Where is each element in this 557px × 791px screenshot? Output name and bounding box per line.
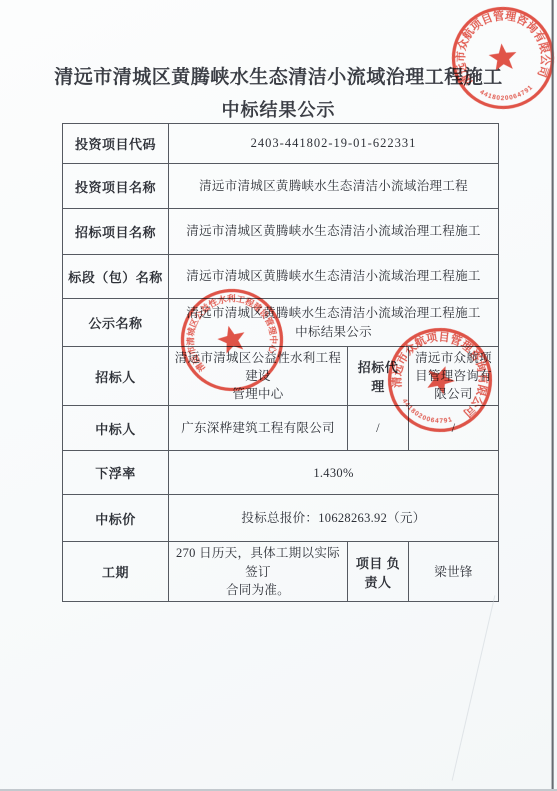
row-value-project-manager: 梁世锋 bbox=[409, 542, 499, 601]
row-label-project-code: 投资项目代码 bbox=[63, 124, 169, 164]
seal-star-icon bbox=[422, 361, 458, 397]
scanned-document-page: 清远市清城区黄腾峡水生态清洁小流域治理工程施工 中标结果公示 投资项目代码 24… bbox=[0, 0, 557, 791]
table-row: 中标价 投标总报价：10628263.92（元） bbox=[63, 495, 499, 542]
row-value-tender-project-name: 清远市清城区黄腾峡水生态清洁小流域治理工程施工 bbox=[169, 209, 499, 255]
table-row: 投资项目名称 清远市清城区黄腾峡水生态清洁小流域治理工程 bbox=[63, 164, 499, 209]
table-row: 招标项目名称 清远市清城区黄腾峡水生态清洁小流域治理工程施工 bbox=[63, 209, 499, 255]
row-label-section-name: 标段（包）名称 bbox=[63, 255, 169, 299]
row-value-winning-price: 投标总报价：10628263.92（元） bbox=[169, 495, 499, 542]
seal-star-icon bbox=[215, 322, 248, 354]
row-label-duration: 工期 bbox=[63, 542, 169, 601]
row-label-tender-project-name: 招标项目名称 bbox=[63, 209, 169, 255]
scan-artifact bbox=[452, 595, 496, 780]
scan-edge-right bbox=[551, 0, 554, 791]
row-label-tenderer: 招标人 bbox=[63, 347, 169, 406]
table-row: 投资项目代码 2403-441802-19-01-622331 bbox=[63, 124, 499, 164]
company-seal-top-right: 清远市众航项目管理咨询有限公司 4418020064791 bbox=[443, 0, 557, 118]
row-label-winner: 中标人 bbox=[63, 406, 169, 451]
seal-star-icon bbox=[488, 42, 518, 71]
row-value-discount-rate: 1.430% bbox=[169, 451, 499, 495]
row-label-investment-project-name: 投资项目名称 bbox=[63, 164, 169, 209]
row-value-project-code: 2403-441802-19-01-622331 bbox=[169, 124, 499, 164]
round-seal-icon: 清远市众航项目管理咨询有限公司 4418020064791 bbox=[443, 0, 557, 118]
row-label-winning-price: 中标价 bbox=[63, 495, 169, 542]
row-value-duration: 270 日历天，具体工期以实际签订 合同为准。 bbox=[169, 542, 348, 601]
table-row: 工期 270 日历天，具体工期以实际签订 合同为准。 项目 负责人 梁世锋 bbox=[63, 542, 499, 601]
row-label-project-manager: 项目 负责人 bbox=[348, 542, 409, 601]
row-label-discount-rate: 下浮率 bbox=[63, 451, 169, 495]
row-value-winner: 广东深桦建筑工程有限公司 bbox=[169, 406, 348, 451]
row-value-investment-project-name: 清远市清城区黄腾峡水生态清洁小流域治理工程 bbox=[169, 164, 499, 209]
row-label-announcement-name: 公示名称 bbox=[63, 299, 169, 347]
table-row: 标段（包）名称 清远市清城区黄腾峡水生态清洁小流域治理工程施工 bbox=[63, 255, 499, 299]
table-row: 下浮率 1.430% bbox=[63, 451, 499, 495]
